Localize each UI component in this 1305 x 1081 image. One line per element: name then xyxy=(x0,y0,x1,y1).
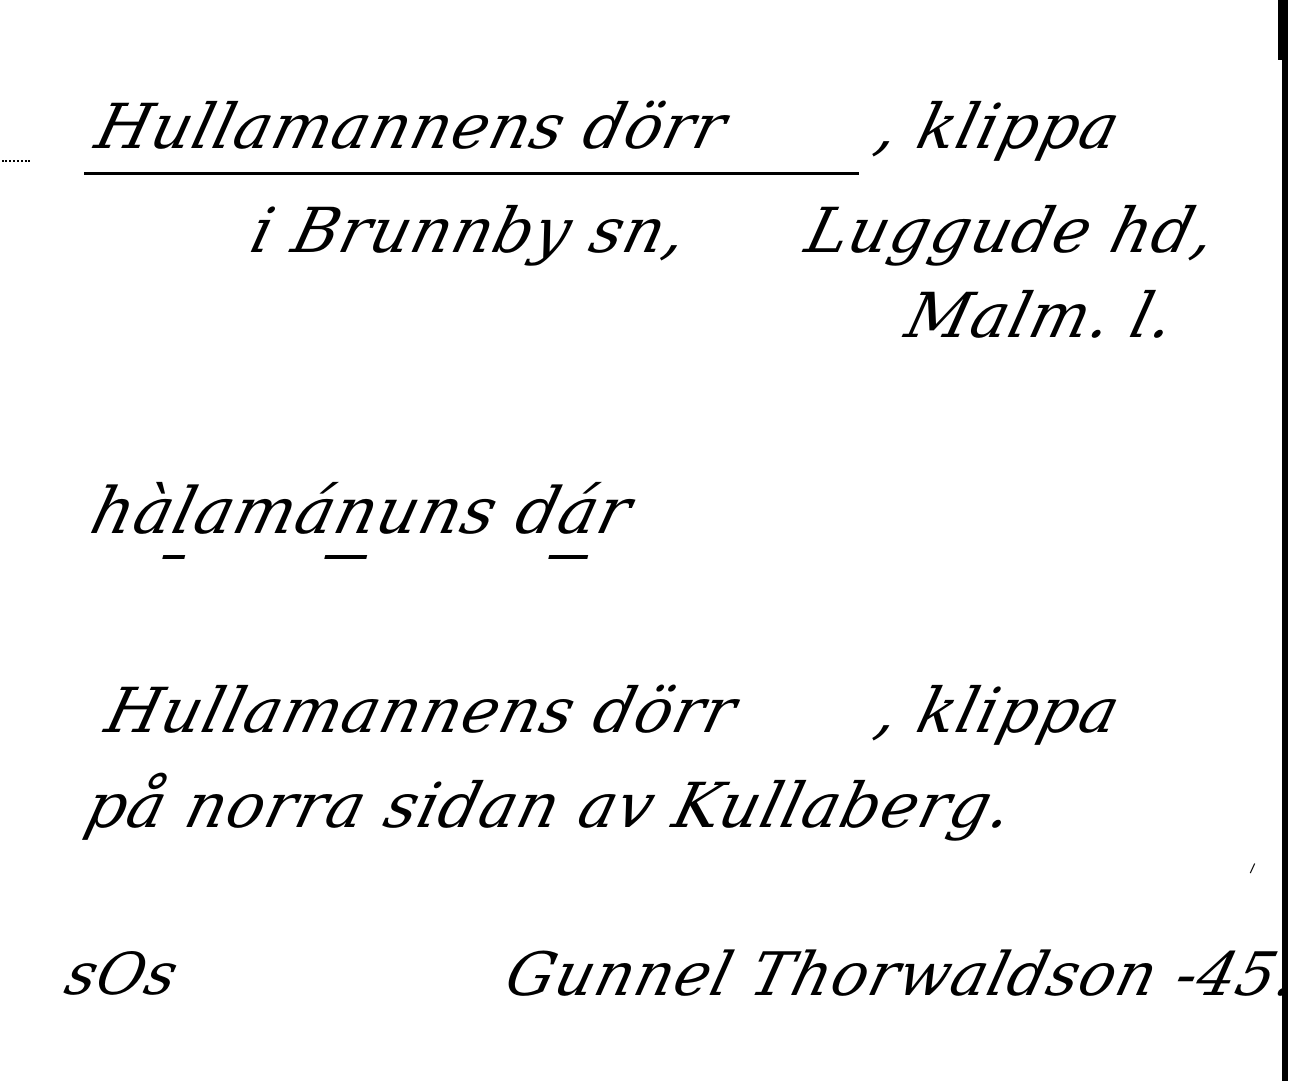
phonetic-form: hàlamánuns dár xyxy=(85,480,638,544)
heading-place-name: Hullamannens dörr xyxy=(90,96,733,158)
margin-dotted-mark xyxy=(2,160,30,162)
location-parish: i Brunnby sn, xyxy=(245,200,694,262)
archive-code: sOs xyxy=(60,945,185,1003)
description-feature: , klippa xyxy=(870,680,1126,742)
collector-signature: Gunnel Thorwaldson -45. xyxy=(500,945,1304,1005)
card-right-edge xyxy=(1282,0,1288,1081)
location-county: Malm. l. xyxy=(900,285,1181,347)
phonetic-segment: amá xyxy=(187,475,345,549)
heading-feature-label: klippa xyxy=(910,90,1128,163)
record-card: Hullamannens dörr , klippa i Brunnby sn,… xyxy=(0,0,1305,1081)
heading-underline xyxy=(84,172,859,175)
heading-feature-type: , klippa xyxy=(870,96,1126,158)
description-name: Hullamannens dörr xyxy=(100,680,743,742)
phonetic-segment: uns d xyxy=(369,475,569,549)
description-location: på norra sidan av Kullaberg. xyxy=(80,775,1020,837)
stray-ink-mark: ⸝ xyxy=(1240,847,1261,879)
heading-separator: , xyxy=(869,90,908,163)
location-district: Luggude hd, xyxy=(800,200,1222,262)
